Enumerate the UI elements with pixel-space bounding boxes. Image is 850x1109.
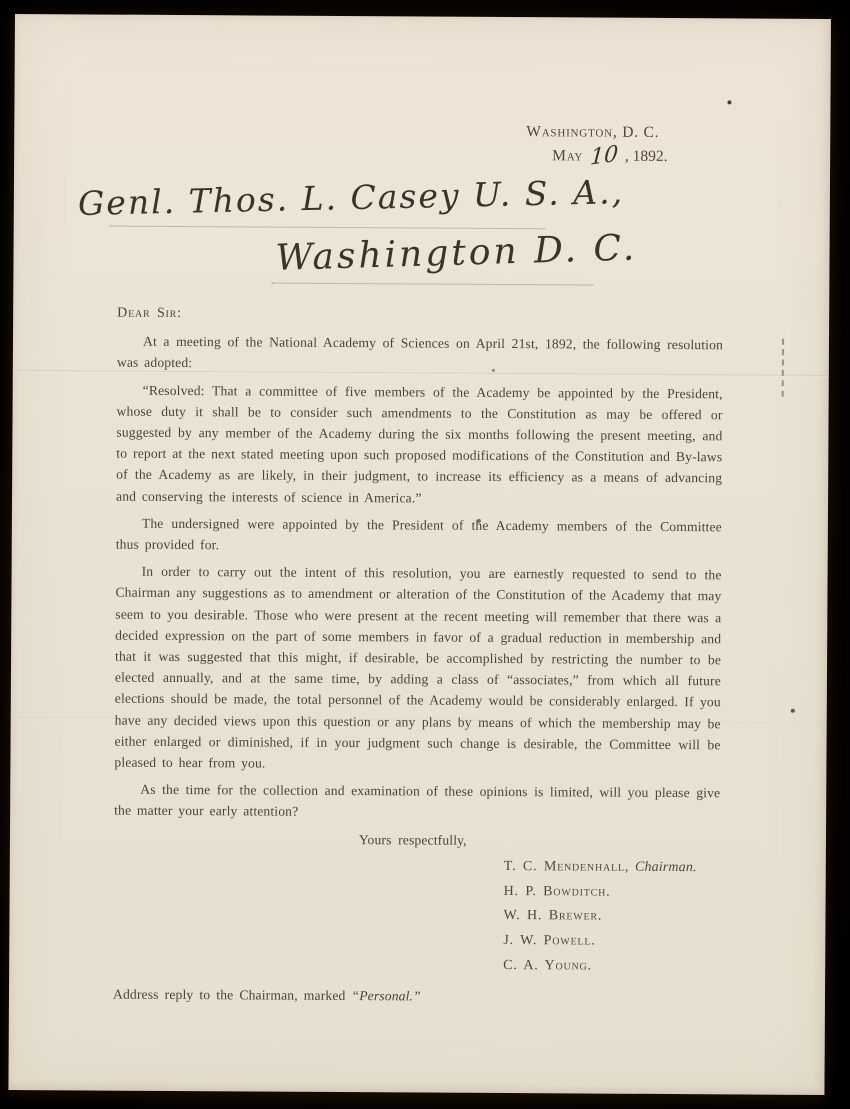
place-line: Washington, D. C. bbox=[526, 123, 756, 142]
signature-row: T. C. Mendenhall, Chairman. bbox=[504, 855, 720, 881]
date-line: May 10 , 1892. bbox=[526, 147, 756, 166]
signature-row: C. A. Young. bbox=[503, 954, 719, 980]
signer-title: Chairman. bbox=[635, 860, 697, 875]
signature-row: H. P. Bowditch. bbox=[504, 880, 720, 906]
signature-block: T. C. Mendenhall, Chairman. H. P. Bowdit… bbox=[503, 855, 720, 980]
signature-row: J. W. Powell. bbox=[503, 929, 719, 955]
letter-page: Washington, D. C. May 10 , 1892. Genl. T… bbox=[8, 14, 831, 1095]
signer-name: C. A. Young. bbox=[503, 958, 592, 974]
date-month: May bbox=[552, 147, 583, 164]
date-year: , 1892. bbox=[625, 148, 668, 165]
letter-body: Dear Sir: At a meeting of the National A… bbox=[113, 303, 723, 1009]
paragraph-resolution-intro: At a meeting of the National Academy of … bbox=[117, 331, 723, 377]
signer-name: J. W. Powell. bbox=[503, 933, 595, 949]
stitch-mark bbox=[782, 339, 784, 397]
signer-name: W. H. Brewer. bbox=[503, 908, 602, 924]
reply-instruction-emphasis: “Personal.” bbox=[351, 988, 420, 1003]
paragraph-closing-request: As the time for the collection and exami… bbox=[114, 779, 720, 825]
salutation: Dear Sir: bbox=[117, 303, 723, 328]
paragraph-request: In order to carry out the intent of this… bbox=[114, 561, 721, 777]
reply-instruction-text: Address reply to the Chairman, marked bbox=[113, 986, 352, 1002]
handwritten-day: 10 bbox=[590, 150, 619, 164]
closing-line: Yours respectfully, bbox=[359, 829, 720, 852]
paper-speck bbox=[727, 100, 731, 104]
paper-speck bbox=[791, 709, 795, 713]
photo-background: Washington, D. C. May 10 , 1892. Genl. T… bbox=[0, 0, 850, 1109]
letterhead: Washington, D. C. May 10 , 1892. bbox=[526, 123, 756, 166]
paragraph-resolution-text: “Resolved: That a committee of five memb… bbox=[116, 379, 723, 510]
signer-name: T. C. Mendenhall, bbox=[504, 859, 629, 875]
paragraph-committee: The undersigned were appointed by the Pr… bbox=[116, 512, 722, 558]
signer-name: H. P. Bowditch. bbox=[504, 884, 611, 900]
reply-instruction: Address reply to the Chairman, marked “P… bbox=[113, 983, 719, 1008]
signature-row: W. H. Brewer. bbox=[503, 904, 719, 930]
